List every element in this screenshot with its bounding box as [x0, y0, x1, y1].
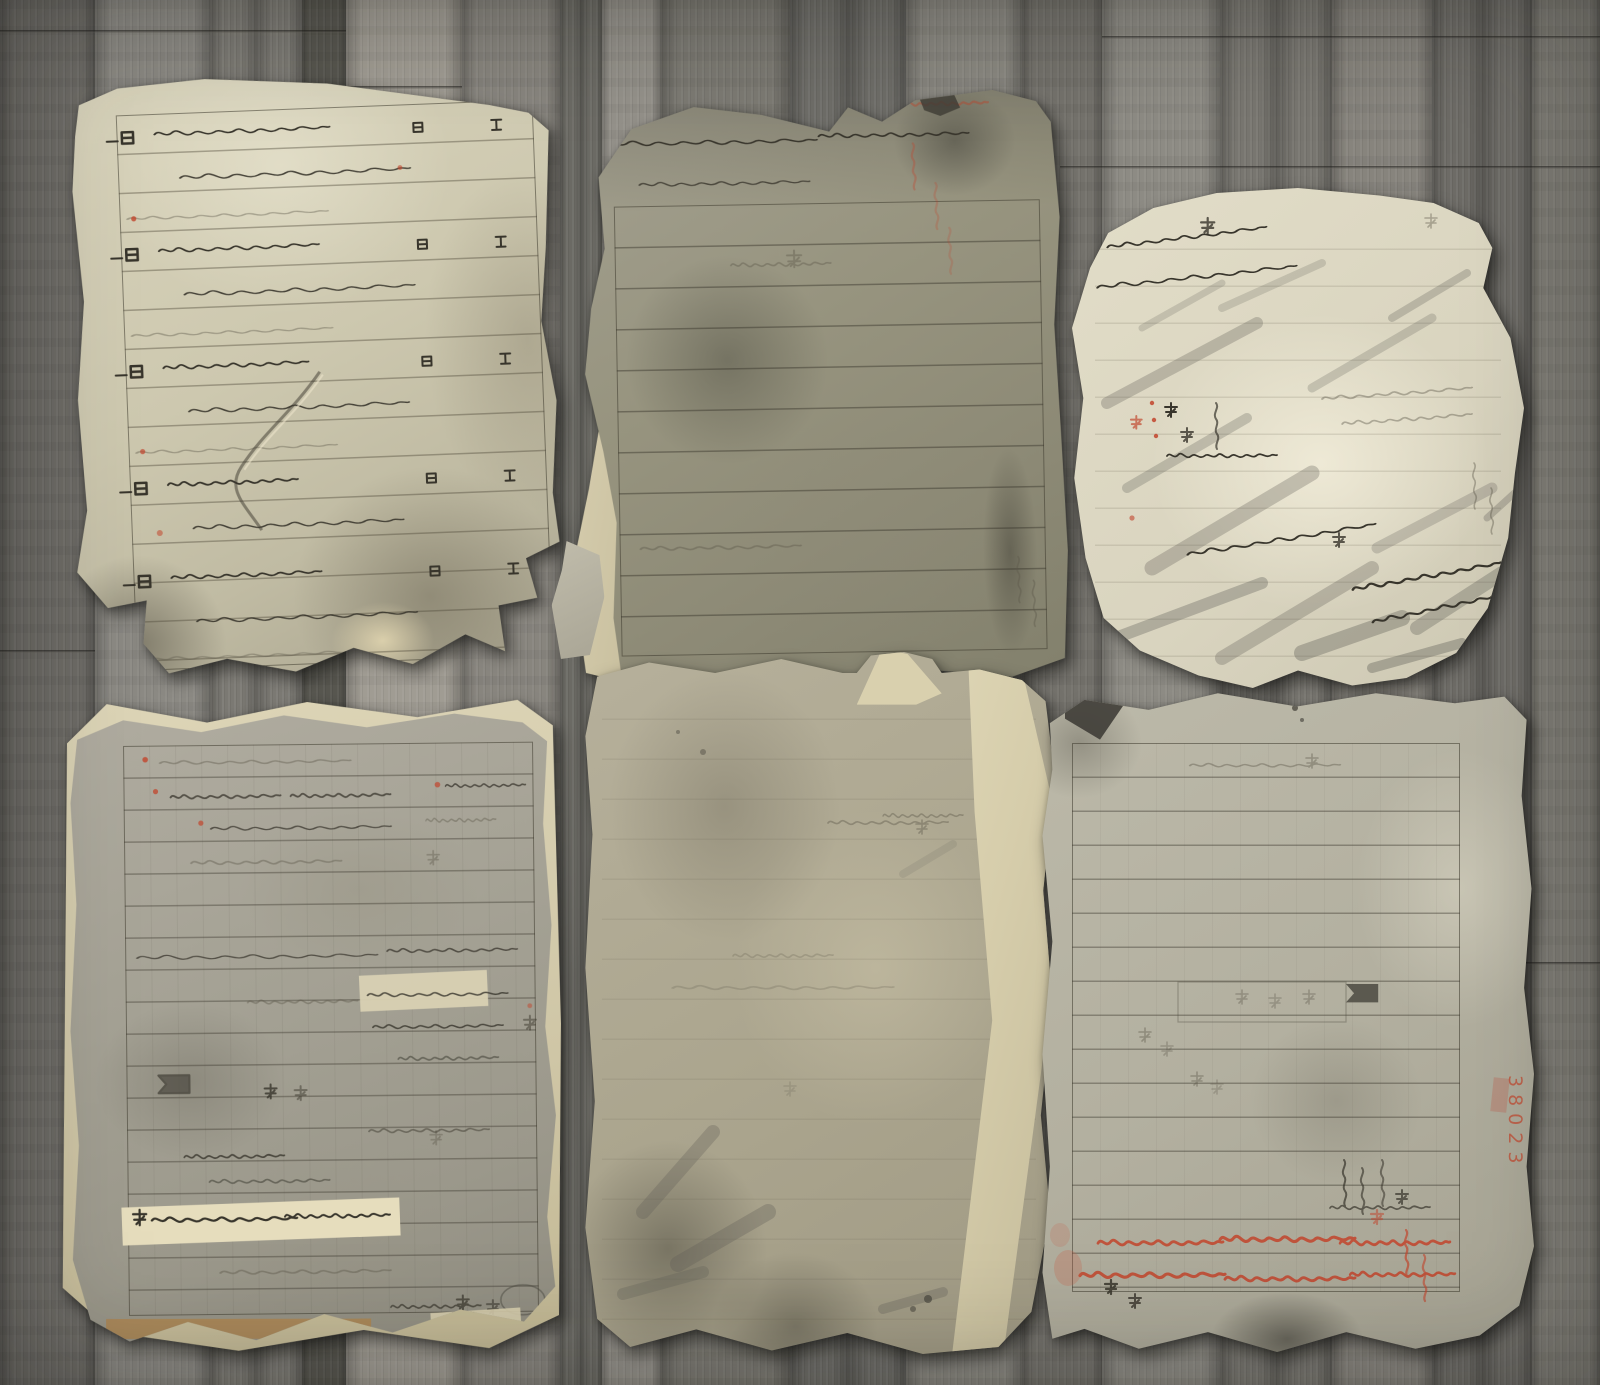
handwriting-overlay	[65, 709, 559, 1348]
plank-seam	[0, 30, 346, 33]
photo-scene: 38023	[0, 0, 1600, 1385]
document-bottom-right: 38023	[1040, 690, 1534, 1352]
handwriting-overlay	[1072, 188, 1524, 688]
document-bottom-left-paper	[65, 709, 559, 1348]
document-top-middle-paper	[578, 86, 1070, 690]
document-bottom-middle-paper	[583, 652, 1055, 1354]
document-top-right-paper	[1072, 188, 1524, 688]
plank-seam	[1102, 36, 1600, 39]
wood-plank	[1532, 0, 1600, 1385]
handwriting-overlay	[578, 86, 1070, 690]
document-bottom-middle	[583, 652, 1055, 1354]
red-inventory-number: 38023	[1504, 1075, 1526, 1170]
plank-seam	[1060, 166, 1600, 169]
handwriting-overlay	[1040, 690, 1534, 1352]
document-bottom-right-paper: 38023	[1040, 690, 1534, 1352]
document-top-right	[1072, 188, 1524, 688]
document-bottom-left	[65, 709, 559, 1348]
handwriting-overlay	[58, 63, 569, 695]
document-top-middle	[578, 86, 1070, 690]
document-top-left-paper	[58, 63, 569, 695]
document-top-left	[58, 63, 569, 695]
